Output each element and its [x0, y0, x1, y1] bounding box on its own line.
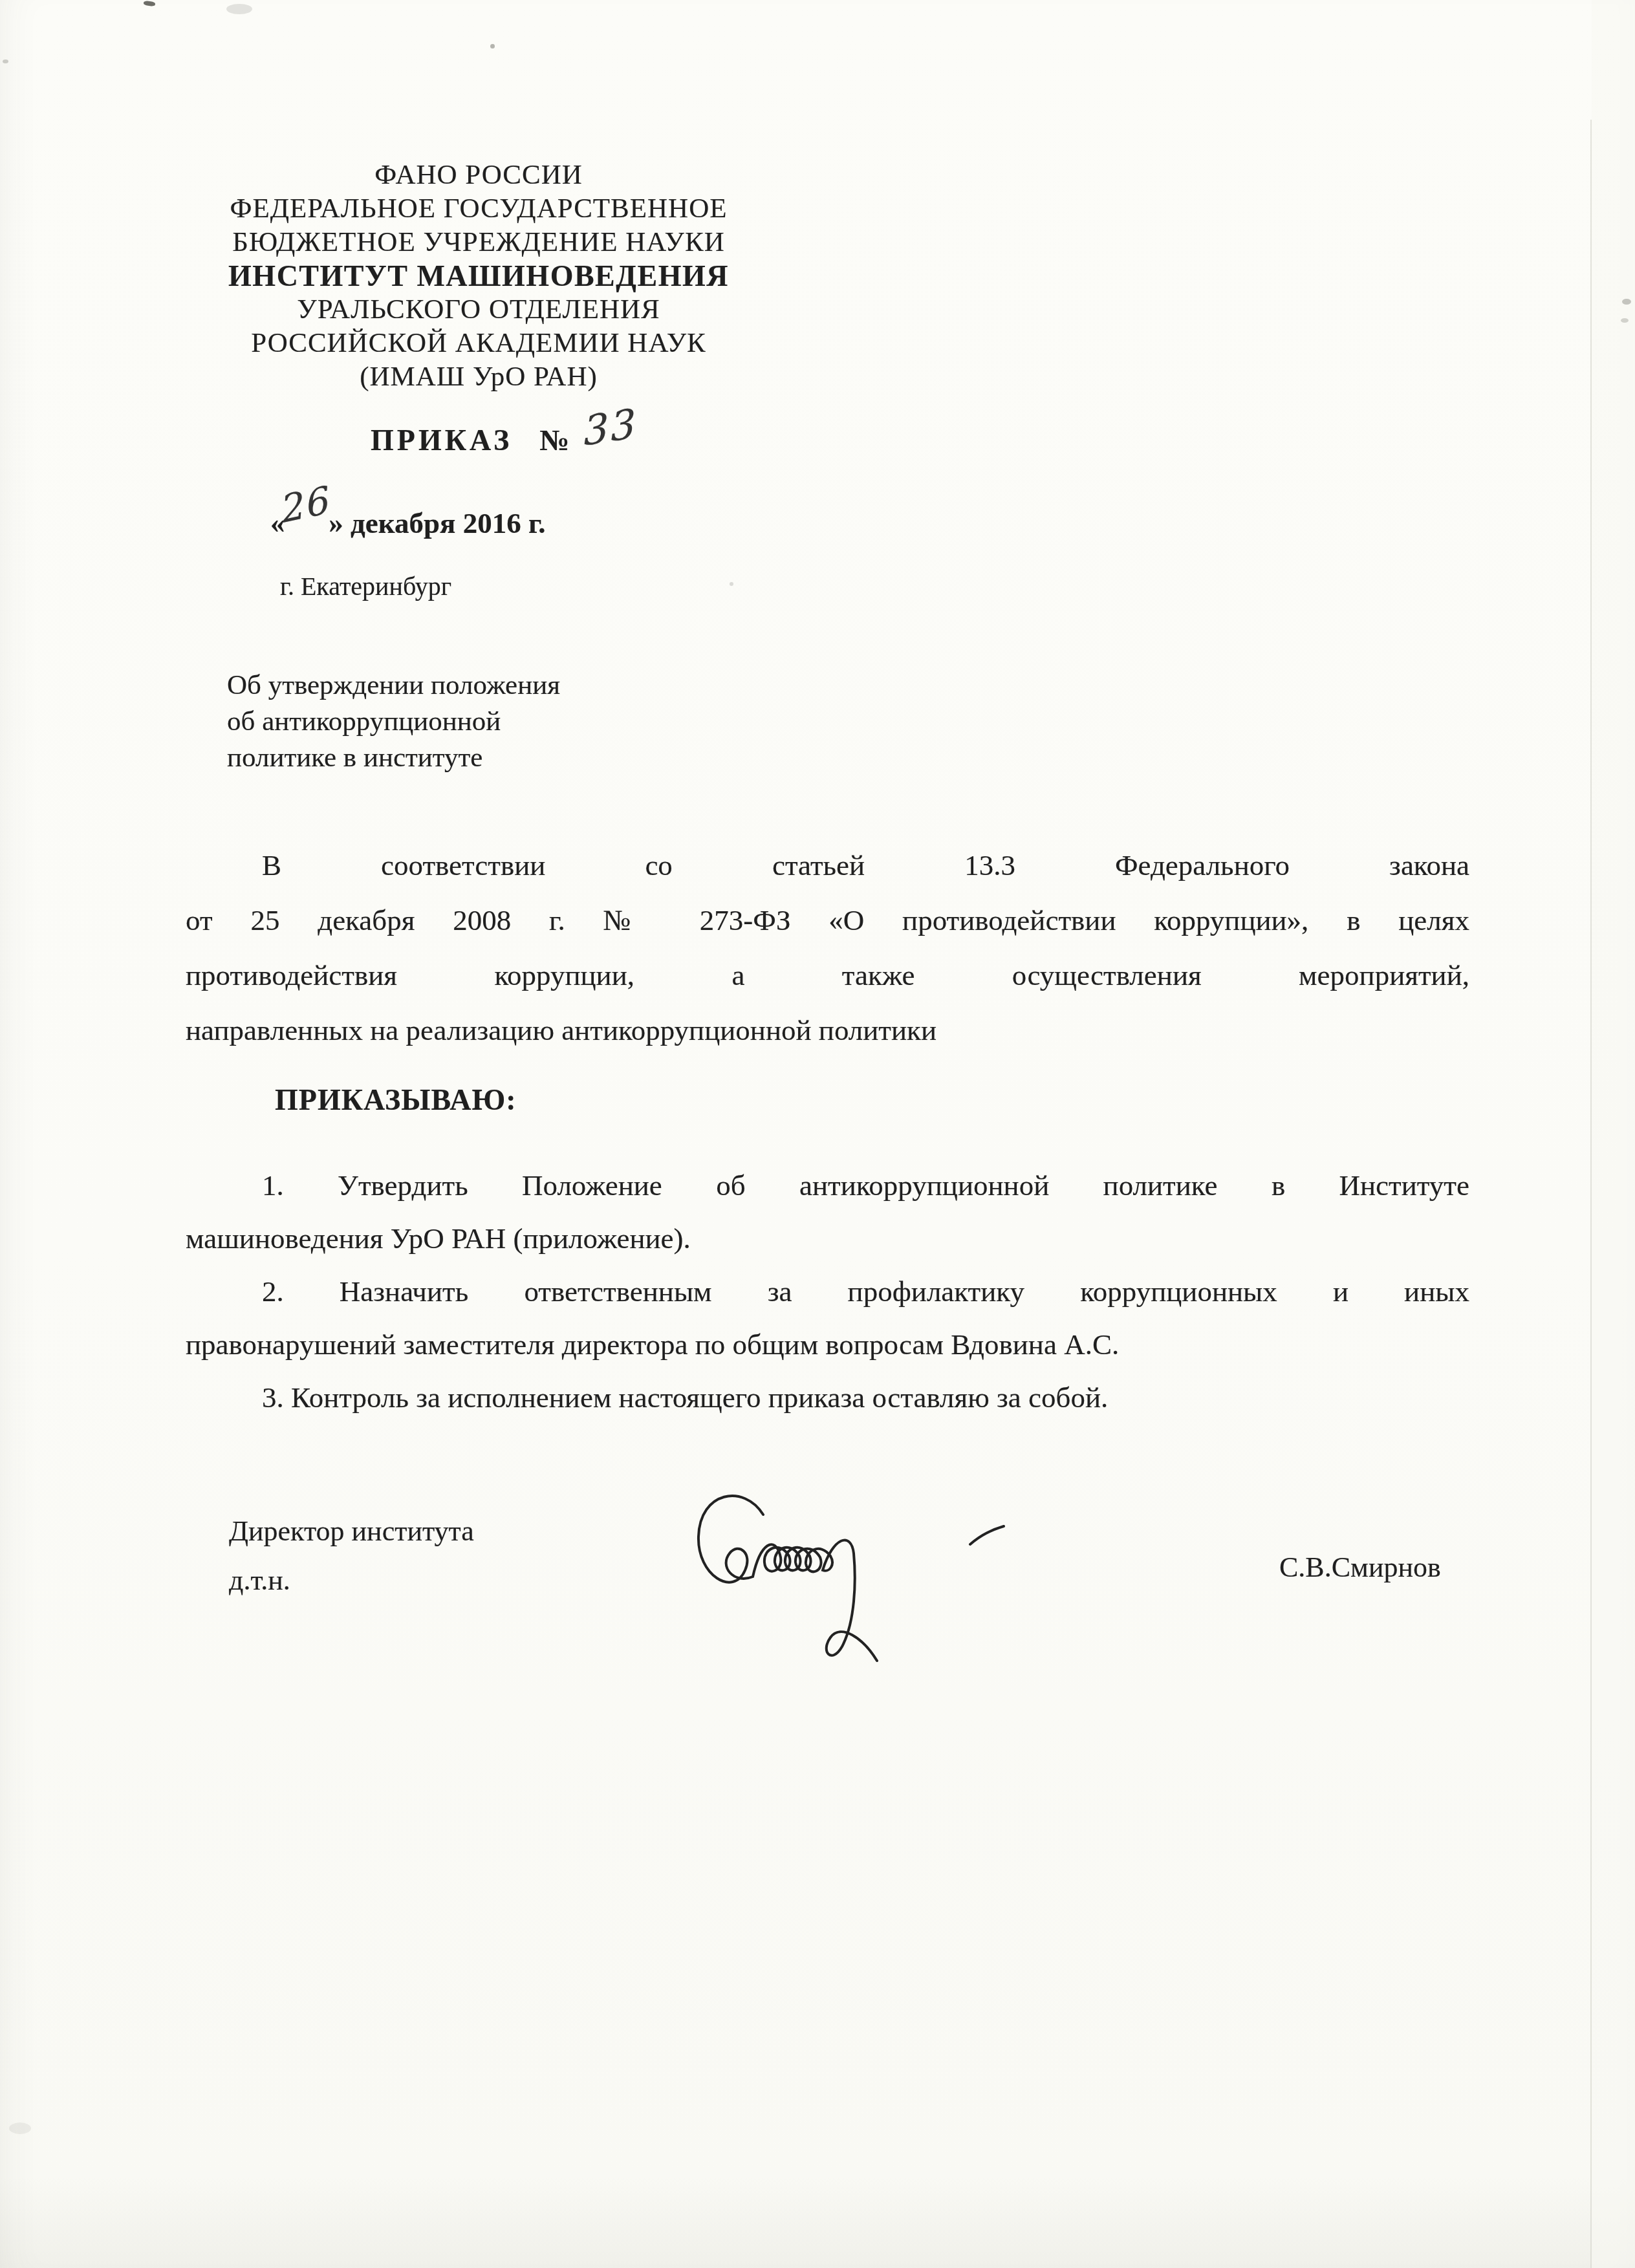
- subject-line-2: об антикоррупционной: [227, 704, 560, 740]
- signatory-position: Директор института д.т.н.: [229, 1507, 474, 1605]
- command-word: ПРИКАЗЫВАЮ:: [275, 1083, 517, 1117]
- letterhead: ФАНО РОССИИ ФЕДЕРАЛЬНОЕ ГОСУДАРСТВЕННОЕ …: [175, 158, 783, 394]
- scan-speck: [226, 4, 252, 14]
- scan-edge-strip: [1592, 0, 1635, 2268]
- order-subject: Об утверждении положения об антикоррупци…: [227, 667, 560, 776]
- scan-speck: [1622, 299, 1631, 305]
- letterhead-line-1: ФАНО РОССИИ: [175, 158, 783, 192]
- letterhead-abbreviation: (ИМАШ УрО РАН): [175, 360, 783, 394]
- preamble-line-3: противодействия коррупции, а также осуще…: [186, 948, 1469, 1003]
- signature-scribble: [666, 1474, 1041, 1688]
- letterhead-line-3: БЮДЖЕТНОЕ УЧРЕЖДЕНИЕ НАУКИ: [175, 226, 783, 259]
- letterhead-line-6: РОССИЙСКОЙ АКАДЕМИИ НАУК: [175, 327, 783, 360]
- item-2-line-1: 2. Назначить ответственным за профилакти…: [186, 1265, 1469, 1318]
- scan-speck: [1621, 318, 1629, 323]
- order-title: ПРИКАЗ № 33: [371, 413, 638, 460]
- preamble-paragraph: В соответствии со статьей 13.3 Федеральн…: [186, 838, 1469, 1058]
- scan-speck: [730, 582, 733, 586]
- letterhead-line-2: ФЕДЕРАЛЬНОЕ ГОСУДАРСТВЕННОЕ: [175, 192, 783, 226]
- preamble-line-1: В соответствии со статьей 13.3 Федеральн…: [186, 838, 1469, 893]
- item-3: 3. Контроль за исполнением настоящего пр…: [186, 1371, 1469, 1424]
- order-title-word: ПРИКАЗ: [371, 424, 512, 457]
- number-sign: №: [539, 424, 569, 457]
- scan-speck: [144, 1, 156, 6]
- handwritten-day: 26: [279, 477, 333, 532]
- scan-speck: [490, 44, 495, 49]
- date-month-year: декабря 2016 г.: [343, 507, 546, 539]
- order-items: 1. Утвердить Положение об антикоррупцион…: [186, 1159, 1469, 1424]
- handwritten-order-number: 33: [583, 399, 638, 455]
- letterhead-institute-name: ИНСТИТУТ МАШИНОВЕДЕНИЯ: [175, 259, 783, 293]
- item-1-line-1: 1. Утвердить Положение об антикоррупцион…: [186, 1159, 1469, 1212]
- signatory-degree: д.т.н.: [229, 1556, 474, 1605]
- scanned-order-page: ФАНО РОССИИ ФЕДЕРАЛЬНОЕ ГОСУДАРСТВЕННОЕ …: [0, 0, 1635, 2268]
- letterhead-line-5: УРАЛЬСКОГО ОТДЕЛЕНИЯ: [175, 293, 783, 327]
- date-line: «26» декабря 2016 г.: [270, 498, 546, 542]
- item-2-line-2: правонарушений заместителя директора по …: [186, 1318, 1469, 1371]
- scan-speck: [3, 59, 8, 63]
- item-1-line-2: машиноведения УрО РАН (приложение).: [186, 1212, 1469, 1265]
- city-line: г. Екатеринбург: [280, 571, 451, 601]
- preamble-line-2: от 25 декабря 2008 г. № 273-ФЗ «О против…: [186, 893, 1469, 948]
- preamble-line-4: направленных на реализацию антикоррупцио…: [186, 1003, 1469, 1058]
- signatory-name: С.В.Смирнов: [1279, 1551, 1441, 1584]
- subject-line-3: политике в институте: [227, 740, 560, 776]
- subject-line-1: Об утверждении положения: [227, 667, 560, 704]
- scan-speck: [9, 2122, 31, 2134]
- scan-fold-line: [1590, 120, 1592, 2268]
- signatory-position-line-1: Директор института: [229, 1507, 474, 1556]
